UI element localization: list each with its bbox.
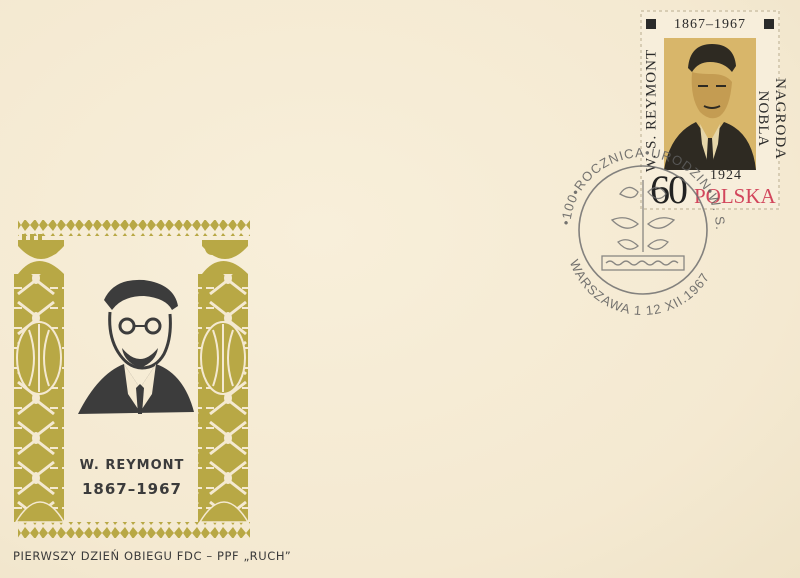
stamp-left-text: W. S. REYMONT	[644, 41, 661, 181]
stamp-top-text: 1867–1967	[644, 17, 776, 33]
cachet-name: W. REYMONT	[66, 458, 198, 473]
stamp-right-text: NAGRODA NOBLA	[754, 49, 788, 189]
portrait-icon	[664, 38, 756, 170]
cachet-years: 1867–1967	[66, 480, 198, 498]
woodcut-portrait-icon	[78, 280, 194, 414]
stamp-year: 1924	[710, 168, 742, 184]
stamp-portrait	[664, 38, 756, 170]
postage-stamp: 1867–1967 W. S. REYMONT NAGRODA NOBLA 19…	[640, 10, 780, 210]
stamp-country: POLSKA	[694, 184, 776, 209]
imprint-text: PIERWSZY DZIEŃ OBIEGU FDC – PPF „RUCH”	[13, 549, 291, 563]
stamp-value: 60	[650, 166, 686, 213]
